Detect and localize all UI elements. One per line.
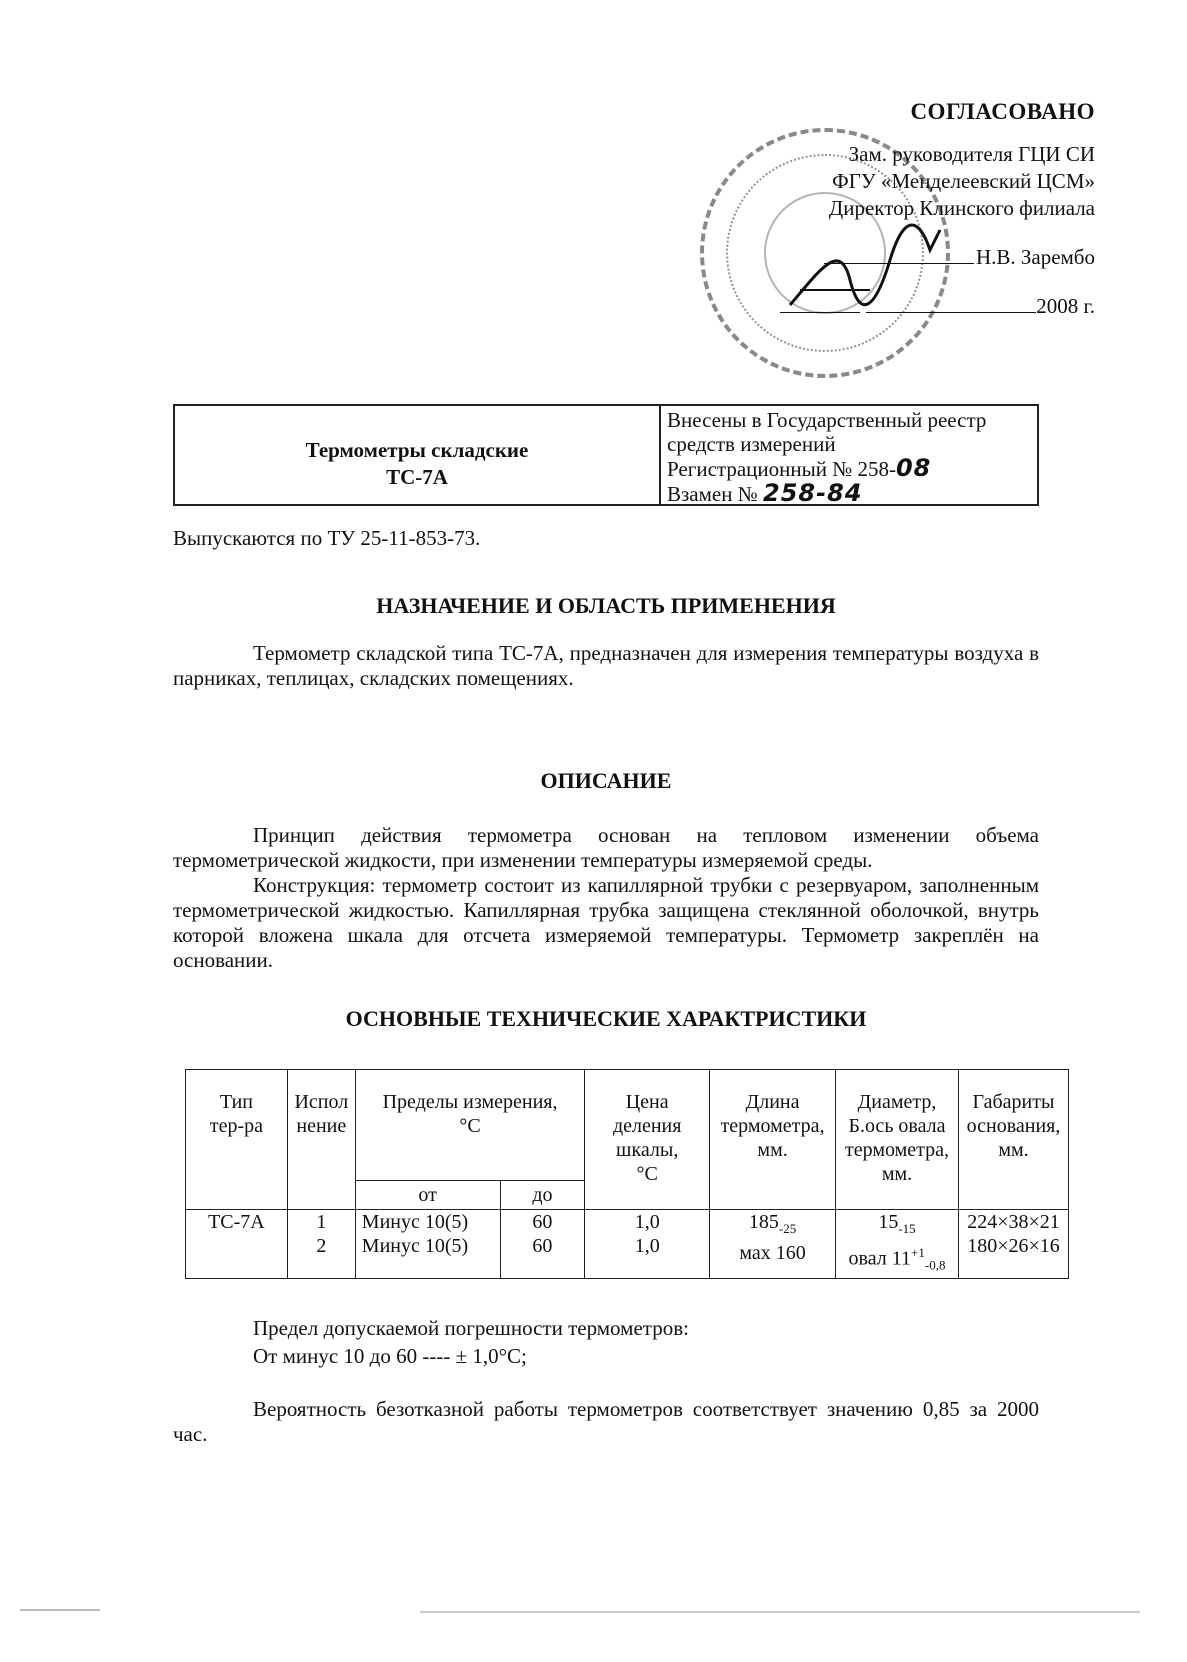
header-version: Исполнение: [287, 1070, 355, 1210]
cell-length: 185-25мах 160: [710, 1210, 836, 1279]
registry-info-cell: Внесены в Государственный реестр средств…: [661, 406, 1037, 504]
date-month-blank: [866, 294, 1036, 313]
section-heading-specs: ОСНОВНЫЕ ТЕХНИЧЕСКИЕ ХАРАКТРИСТИКИ: [173, 1006, 1039, 1032]
product-model: ТС-7А: [386, 464, 448, 491]
reg-number-handwritten: 08: [896, 454, 931, 482]
approval-line: ФГУ «Менделеевский ЦСМ»: [780, 168, 1095, 195]
cell-type: ТС-7А: [186, 1210, 288, 1279]
section-heading-description: ОПИСАНИЕ: [173, 768, 1039, 794]
cell-diameter: 15-15овал 11+1-0,8: [836, 1210, 959, 1279]
registration-box: Термометры складские ТС-7А Внесены в Гос…: [173, 404, 1039, 506]
description-construction: Конструкция: термометр состоит из капилл…: [173, 873, 1039, 973]
header-diameter: Диаметр,Б.ось овалатермометра,мм.: [836, 1070, 959, 1210]
table-row: ТС-7А 12 Минус 10(5)Минус 10(5) 6060 1,0…: [186, 1210, 1069, 1279]
description-principle: Принцип действия термометра основан на т…: [173, 823, 1039, 873]
cell-range-to: 6060: [500, 1210, 585, 1279]
purpose-text: Термометр складской типа ТС-7А, предназн…: [173, 641, 1039, 691]
replaces-label: Взамен №: [667, 482, 758, 506]
reg-number-label: Регистрационный № 258-: [667, 457, 896, 481]
header-range-from: от: [355, 1181, 500, 1210]
product-name: Термометры складские: [306, 437, 529, 464]
approval-year: 2008 г.: [1036, 294, 1095, 318]
cell-division: 1,01,0: [585, 1210, 710, 1279]
header-range: Пределы измерения,°С: [355, 1070, 585, 1181]
registry-line: средств измерений: [667, 432, 1031, 456]
header-type: Типтер-ра: [186, 1070, 288, 1210]
scan-artifact: [20, 1609, 100, 1611]
cell-base: 224×38×21180×26×16: [958, 1210, 1068, 1279]
header-base: Габаритыоснования,мм.: [958, 1070, 1068, 1210]
product-title-cell: Термометры складские ТС-7А: [175, 406, 661, 504]
cell-version: 12: [287, 1210, 355, 1279]
table-header-row: Типтер-ра Исполнение Пределы измерения,°…: [186, 1070, 1069, 1181]
cell-range-from: Минус 10(5)Минус 10(5): [355, 1210, 500, 1279]
header-division: Ценаделенияшкалы,°С: [585, 1070, 710, 1210]
replaces-handwritten: 258-84: [763, 479, 862, 507]
registration-number: Регистрационный № 258-08: [667, 456, 1031, 481]
approval-date-line: 2008 г.: [780, 293, 1095, 320]
date-day-blank: [780, 294, 860, 313]
approval-line: Директор Клинского филиала: [780, 195, 1095, 222]
approval-title: СОГЛАСОВАНО: [780, 98, 1095, 125]
error-limit-value: От минус 10 до 60 ---- ± 1,0°С;: [173, 1344, 1039, 1369]
error-limit-title: Предел допускаемой погрешности термометр…: [173, 1316, 1039, 1341]
specs-table: Типтер-ра Исполнение Пределы измерения,°…: [185, 1069, 1069, 1279]
approval-line: Зам. руководителя ГЦИ СИ: [780, 141, 1095, 168]
scan-artifact: [420, 1611, 1140, 1613]
approval-signatory: Н.В. Зарембо: [976, 245, 1095, 269]
signature-blank: [824, 245, 974, 264]
header-length: Длинатермометра,мм.: [710, 1070, 836, 1210]
approval-block: СОГЛАСОВАНО Зам. руководителя ГЦИ СИ ФГУ…: [780, 98, 1095, 320]
reliability-text: Вероятность безотказной работы термометр…: [173, 1397, 1039, 1447]
manufactured-by: Выпускаются по ТУ 25-11-853-73.: [173, 526, 1039, 551]
section-heading-purpose: НАЗНАЧЕНИЕ И ОБЛАСТЬ ПРИМЕНЕНИЯ: [173, 593, 1039, 619]
registry-line: Внесены в Государственный реестр: [667, 408, 1031, 432]
header-range-to: до: [500, 1181, 585, 1210]
replaces-number: Взамен № 258-84: [667, 481, 1031, 506]
approval-signatory-line: Н.В. Зарембо: [780, 244, 1095, 271]
